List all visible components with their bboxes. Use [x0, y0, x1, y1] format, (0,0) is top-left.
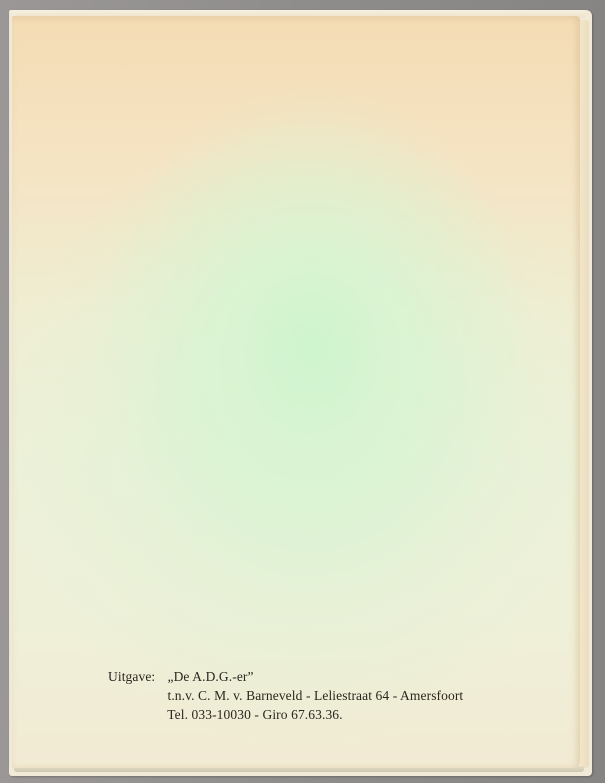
paper-edge-right	[580, 20, 589, 768]
colophon-contact: Tel. 033-10030 - Giro 67.63.36.	[167, 707, 342, 722]
colophon-publisher: „De A.D.G.-er”	[167, 669, 253, 684]
cover-page	[12, 16, 580, 768]
colophon-publisher-row: Uitgave: „De A.D.G.-er”	[108, 667, 463, 686]
colophon: Uitgave: „De A.D.G.-er” t.n.v. C. M. v. …	[108, 667, 463, 724]
colophon-contact-row: Tel. 033-10030 - Giro 67.63.36.	[108, 705, 463, 724]
colophon-address-row: t.n.v. C. M. v. Barneveld - Leliestraat …	[108, 686, 463, 705]
colophon-label: Uitgave:	[108, 667, 164, 686]
colophon-address: t.n.v. C. M. v. Barneveld - Leliestraat …	[167, 688, 463, 703]
